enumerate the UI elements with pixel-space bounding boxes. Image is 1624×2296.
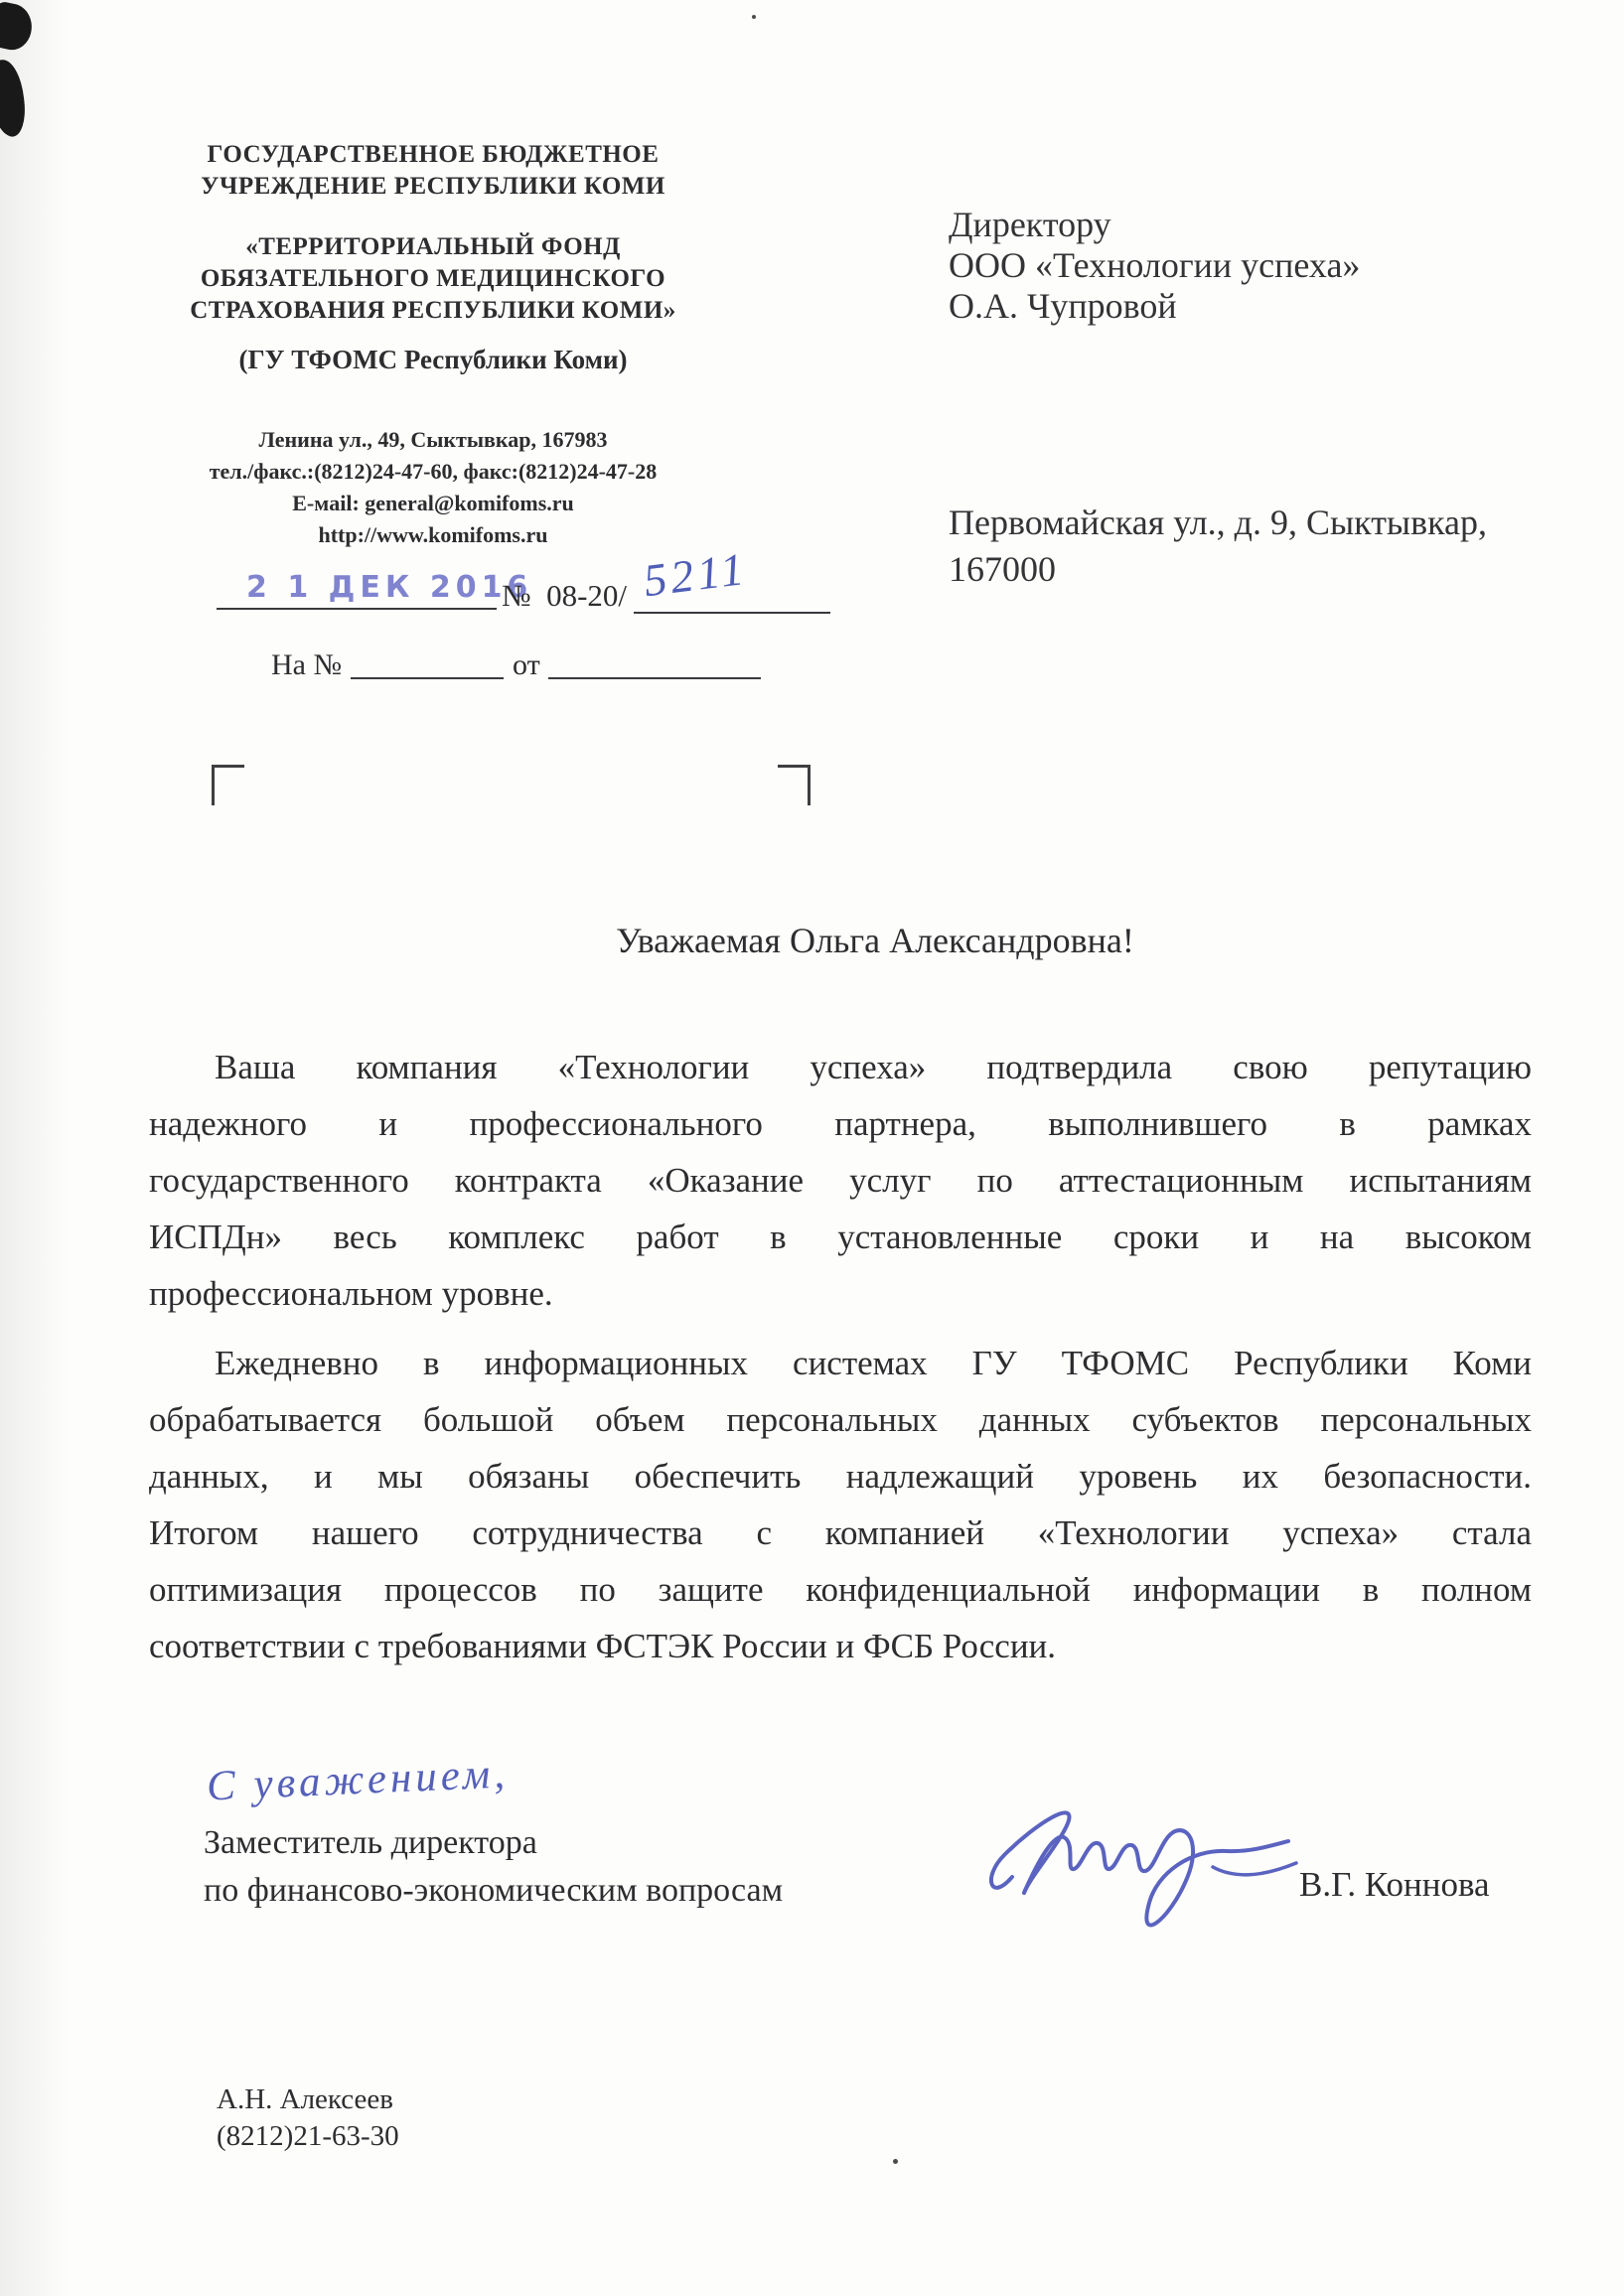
recipient-title: Директору xyxy=(949,205,1360,245)
body-line: государственного контракта «Оказание усл… xyxy=(149,1152,1532,1209)
org-name: ГОСУДАРСТВЕННОЕ БЮДЖЕТНОЕ УЧРЕЖДЕНИЕ РЕС… xyxy=(159,139,707,203)
signer-position-line: Заместитель директора xyxy=(204,1819,783,1867)
body-line: обрабатывается большой объем персональны… xyxy=(149,1391,1532,1448)
fund-name-line: СТРАХОВАНИЯ РЕСПУБЛИКИ КОМИ» xyxy=(159,295,707,327)
recipient-address-line: Первомайская ул., д. 9, Сыктывкар, xyxy=(949,500,1564,546)
recipient-person: О.А. Чупровой xyxy=(949,286,1360,327)
reference-number-label: На № xyxy=(271,648,342,682)
recipient-address: Первомайская ул., д. 9, Сыктывкар, 16700… xyxy=(949,500,1564,593)
executor-phone: (8212)21-63-30 xyxy=(217,2118,399,2155)
scan-artifact xyxy=(752,15,756,19)
scan-artifact xyxy=(893,2159,898,2164)
address-corner-mark-left xyxy=(212,765,244,805)
date-underline xyxy=(217,608,497,610)
body-line: Ваша компания «Технологии успеха» подтве… xyxy=(149,1039,1532,1095)
body-line: Ежедневно в информационных системах ГУ Т… xyxy=(149,1335,1532,1391)
signer-name: В.Г. Коннова xyxy=(1299,1865,1490,1905)
signature-flourish-icon xyxy=(978,1780,1321,1973)
org-address: Ленина ул., 49, Сыктывкар, 167983 xyxy=(159,424,707,456)
body-line: ИСПДн» весь комплекс работ в установленн… xyxy=(149,1209,1532,1265)
org-contacts: Ленина ул., 49, Сыктывкар, 167983 тел./ф… xyxy=(159,424,707,551)
body-paragraph-1: Ваша компания «Технологии успеха» подтве… xyxy=(149,1039,1532,1322)
number-underline xyxy=(634,612,830,614)
recipient-address-line: 167000 xyxy=(949,546,1564,593)
body-line: соответствии с требованиями ФСТЭК России… xyxy=(149,1618,1532,1674)
reference-date-label: от xyxy=(513,648,540,682)
executor-name: А.Н. Алексеев xyxy=(217,2081,399,2118)
salutation: Уважаемая Ольга Александровна! xyxy=(149,920,1532,961)
recipient-block: Директору ООО «Технологии успеха» О.А. Ч… xyxy=(949,205,1360,327)
body-paragraph-2: Ежедневно в информационных системах ГУ Т… xyxy=(149,1335,1532,1674)
date-stamp: 2 1 ДЕК 2016 xyxy=(246,570,532,605)
outgoing-number-handwritten: 5211 xyxy=(641,542,750,607)
signer-position: Заместитель директора по финансово-эконо… xyxy=(204,1819,783,1915)
outgoing-number-prefix: № 08-20/ xyxy=(502,578,627,614)
org-email: E-мail: general@komifoms.ru xyxy=(159,488,707,519)
scanned-letter-page: ГОСУДАРСТВЕННОЕ БЮДЖЕТНОЕ УЧРЕЖДЕНИЕ РЕС… xyxy=(0,0,1624,2296)
body-line: надежного и профессионального партнера, … xyxy=(149,1095,1532,1152)
org-name-line: ГОСУДАРСТВЕННОЕ БЮДЖЕТНОЕ xyxy=(159,139,707,171)
body-line: профессиональном уровне. xyxy=(149,1265,1532,1322)
org-phone: тел./факс.:(8212)24-47-60, факс:(8212)24… xyxy=(159,456,707,488)
reference-number-underline xyxy=(351,677,504,679)
org-short-name: (ГУ ТФОМС Республики Коми) xyxy=(159,344,707,375)
fund-name-line: «ТЕРРИТОРИАЛЬНЫЙ ФОНД xyxy=(159,231,707,263)
body-line: оптимизация процессов по защите конфиден… xyxy=(149,1561,1532,1618)
org-name-line: УЧРЕЖДЕНИЕ РЕСПУБЛИКИ КОМИ xyxy=(159,171,707,203)
address-corner-mark-right xyxy=(778,765,811,805)
org-website: http://www.komifoms.ru xyxy=(159,519,707,551)
executor-block: А.Н. Алексеев (8212)21-63-30 xyxy=(217,2081,399,2155)
signer-position-line: по финансово-экономическим вопросам xyxy=(204,1867,783,1915)
reference-date-underline xyxy=(548,677,761,679)
recipient-company: ООО «Технологии успеха» xyxy=(949,245,1360,286)
scan-edge-shade xyxy=(0,0,70,2296)
signature xyxy=(978,1780,1321,1973)
fund-name: «ТЕРРИТОРИАЛЬНЫЙ ФОНД ОБЯЗАТЕЛЬНОГО МЕДИ… xyxy=(159,231,707,327)
body-line: Итогом нашего сотрудничества с компанией… xyxy=(149,1505,1532,1561)
handwritten-regards: С уважением, xyxy=(206,1749,510,1810)
fund-name-line: ОБЯЗАТЕЛЬНОГО МЕДИЦИНСКОГО xyxy=(159,263,707,295)
body-line: данных, и мы обязаны обеспечить надлежащ… xyxy=(149,1448,1532,1505)
